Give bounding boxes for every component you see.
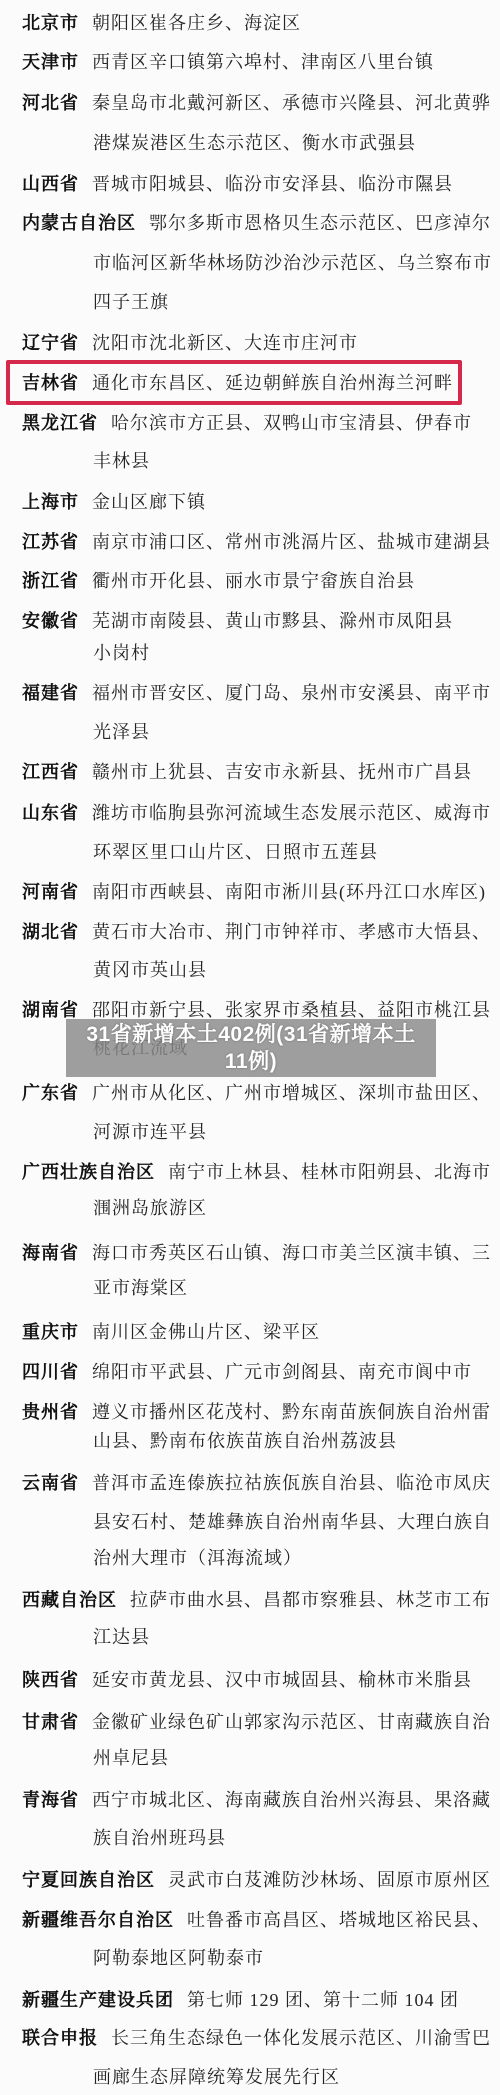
table-row: 广西壮族自治区南宁市上林县、桂林市阳朔县、北海市 (0, 1152, 500, 1192)
region-text: 拉萨市曲水县、昌都市察雅县、林芝市工布 (130, 1590, 491, 1610)
document-page: 北京市朝阳区崔各庄乡、海淀区天津市西青区辛口镇第六埠村、津南区八里台镇河北省秦皇… (0, 0, 500, 2095)
region-text: 秦皇岛市北戴河新区、承德市兴隆县、河北黄骅 (92, 93, 491, 113)
region-text: 治州大理市（洱海流域） (93, 1548, 302, 1568)
table-row-continuation: 治州大理市（洱海流域） (0, 1538, 500, 1578)
table-row-continuation: 市临河区新华林场防沙治沙示范区、乌兰察布市 (0, 243, 500, 283)
region-text: 环翠区里口山片区、日照市五莲县 (93, 842, 378, 862)
table-row-continuation: 涠洲岛旅游区 (0, 1188, 500, 1228)
province-label: 内蒙古自治区 (22, 213, 136, 233)
table-row: 云南省普洱市孟连傣族拉祜族佤族自治县、临沧市凤庆 (0, 1463, 500, 1503)
province-label: 四川省 (22, 1362, 79, 1382)
province-label: 重庆市 (22, 1322, 79, 1342)
table-row-continuation: 族自治州班玛县 (0, 1818, 500, 1858)
region-text: 亚市海棠区 (93, 1278, 188, 1298)
region-text: 长三角生态绿色一体化发展示范区、川渝雪巴 (111, 2028, 491, 2048)
region-text: 族自治州班玛县 (93, 1828, 226, 1848)
region-text: 黄石市大冶市、荆门市钟祥市、孝感市大悟县、 (92, 922, 491, 942)
table-row: 山东省潍坊市临朐县弥河流域生态发展示范区、威海市 (0, 793, 500, 833)
province-label: 江苏省 (22, 532, 79, 552)
region-text: 市临河区新华林场防沙治沙示范区、乌兰察布市 (93, 253, 492, 273)
region-text: 阿勒泰地区阿勒泰市 (93, 1948, 264, 1968)
table-row-continuation: 亚市海棠区 (0, 1268, 500, 1308)
table-row: 天津市西青区辛口镇第六埠村、津南区八里台镇 (0, 42, 500, 82)
table-row-continuation: 州卓尼县 (0, 1738, 500, 1778)
region-text: 衢州市开化县、丽水市景宁畲族自治县 (92, 571, 415, 591)
region-text: 海口市秀英区石山镇、海口市美兰区演丰镇、三 (92, 1243, 491, 1263)
region-text: 沈阳市沈北新区、大连市庄河市 (92, 333, 358, 353)
table-row: 河北省秦皇岛市北戴河新区、承德市兴隆县、河北黄骅 (0, 83, 500, 123)
region-text: 四子王旗 (93, 292, 169, 312)
table-row: 青海省西宁市城北区、海南藏族自治州兴海县、果洛藏 (0, 1780, 500, 1820)
table-row: 黑龙江省哈尔滨市方正县、双鸭山市宝清县、伊春市 (0, 403, 500, 443)
region-text: 县安石村、楚雄彝族自治州南华县、大理白族自 (93, 1512, 492, 1532)
region-text: 小岗村 (93, 643, 150, 663)
province-label: 贵州省 (22, 1402, 79, 1422)
table-row-continuation: 江达县 (0, 1617, 500, 1657)
region-text: 晋城市阳城县、临汾市安泽县、临汾市隰县 (92, 174, 453, 194)
province-label: 上海市 (22, 492, 79, 512)
table-row: 内蒙古自治区鄂尔多斯市恩格贝生态示范区、巴彦淖尔 (0, 203, 500, 243)
region-text: 灵武市白芨滩防沙林场、固原市原州区 (168, 1870, 491, 1890)
highlight-box (6, 360, 462, 405)
region-text: 南阳市西峡县、南阳市淅川县(环丹江口水库区) (92, 882, 486, 902)
table-row: 北京市朝阳区崔各庄乡、海淀区 (0, 3, 500, 43)
province-label: 广东省 (22, 1083, 79, 1103)
table-row: 新疆生产建设兵团第七师 129 团、第十二师 104 团 (0, 1980, 500, 2020)
table-row-continuation: 县安石村、楚雄彝族自治州南华县、大理白族自 (0, 1502, 500, 1542)
table-row-continuation: 阿勒泰地区阿勒泰市 (0, 1938, 500, 1978)
table-row: 陕西省延安市黄龙县、汉中市城固县、榆林市米脂县 (0, 1660, 500, 1700)
region-text: 黄冈市英山县 (93, 960, 207, 980)
province-label: 天津市 (22, 52, 79, 72)
province-label: 黑龙江省 (22, 413, 98, 433)
region-text: 涠洲岛旅游区 (93, 1198, 207, 1218)
province-label: 湖南省 (22, 1000, 79, 1020)
province-label: 海南省 (22, 1243, 79, 1263)
province-label: 江西省 (22, 762, 79, 782)
table-row: 湖北省黄石市大冶市、荆门市钟祥市、孝感市大悟县、 (0, 912, 500, 952)
region-text: 广州市从化区、广州市增城区、深圳市盐田区、 (92, 1083, 491, 1103)
province-label: 青海省 (22, 1790, 79, 1810)
table-row: 新疆维吾尔自治区吐鲁番市高昌区、塔城地区裕民县、 (0, 1900, 500, 1940)
province-label: 广西壮族自治区 (22, 1162, 155, 1182)
table-row: 西藏自治区拉萨市曲水县、昌都市察雅县、林芝市工布 (0, 1580, 500, 1620)
province-label: 安徽省 (22, 611, 79, 631)
table-row-continuation: 画廊生态屏障统筹发展先行区 (0, 2057, 500, 2095)
caption-text-line2: 11例) (225, 1048, 277, 1075)
table-row-continuation: 丰林县 (0, 441, 500, 481)
province-label: 北京市 (22, 13, 79, 33)
province-label: 云南省 (22, 1473, 79, 1493)
region-text: 赣州市上犹县、吉安市永新县、抚州市广昌县 (92, 762, 472, 782)
province-label: 新疆维吾尔自治区 (22, 1910, 174, 1930)
region-text: 邵阳市新宁县、张家界市桑植县、益阳市桃江县 (92, 1000, 491, 1020)
region-text: 金徽矿业绿色矿山郭家沟示范区、甘南藏族自治 (92, 1712, 491, 1732)
region-text: 第七师 129 团、第十二师 104 团 (187, 1990, 459, 2010)
table-row: 联合申报长三角生态绿色一体化发展示范区、川渝雪巴 (0, 2018, 500, 2058)
province-label: 湖北省 (22, 922, 79, 942)
province-label: 山东省 (22, 803, 79, 823)
province-label: 河南省 (22, 882, 79, 902)
caption-text-line1: 31省新增本土402例(31省新增本土 (86, 1021, 415, 1048)
table-row: 宁夏回族自治区灵武市白芨滩防沙林场、固原市原州区 (0, 1860, 500, 1900)
region-text: 南京市浦口区、常州市洮滆片区、盐城市建湖县 (92, 532, 491, 552)
region-text: 画廊生态屏障统筹发展先行区 (93, 2067, 340, 2087)
table-row: 山西省晋城市阳城县、临汾市安泽县、临汾市隰县 (0, 164, 500, 204)
region-text: 福州市晋安区、厦门岛、泉州市安溪县、南平市 (92, 683, 491, 703)
table-row-continuation: 黄冈市英山县 (0, 950, 500, 990)
table-row: 河南省南阳市西峡县、南阳市淅川县(环丹江口水库区) (0, 872, 500, 912)
region-text: 潍坊市临朐县弥河流域生态发展示范区、威海市 (92, 803, 491, 823)
table-row-continuation: 港煤炭港区生态示范区、衡水市武强县 (0, 123, 500, 163)
province-label: 福建省 (22, 683, 79, 703)
province-label: 宁夏回族自治区 (22, 1870, 155, 1890)
table-row: 重庆市南川区金佛山片区、梁平区 (0, 1312, 500, 1352)
table-row: 广东省广州市从化区、广州市增城区、深圳市盐田区、 (0, 1073, 500, 1113)
table-row: 上海市金山区廊下镇 (0, 482, 500, 522)
region-text: 南川区金佛山片区、梁平区 (92, 1322, 320, 1342)
region-text: 朝阳区崔各庄乡、海淀区 (92, 13, 301, 33)
region-text: 吐鲁番市高昌区、塔城地区裕民县、 (187, 1910, 491, 1930)
region-text: 鄂尔多斯市恩格贝生态示范区、巴彦淖尔 (149, 213, 491, 233)
table-row-continuation: 环翠区里口山片区、日照市五莲县 (0, 832, 500, 872)
table-row: 辽宁省沈阳市沈北新区、大连市庄河市 (0, 323, 500, 363)
region-text: 金山区廊下镇 (92, 492, 206, 512)
caption-overlay: 31省新增本土402例(31省新增本土 11例) (66, 1019, 436, 1077)
region-text: 西宁市城北区、海南藏族自治州兴海县、果洛藏 (92, 1790, 491, 1810)
table-row-continuation: 山县、黔南布依族苗族自治州荔波县 (0, 1421, 500, 1461)
province-label: 西藏自治区 (22, 1590, 117, 1610)
table-row: 四川省绵阳市平武县、广元市剑阁县、南充市阆中市 (0, 1352, 500, 1392)
region-text: 绵阳市平武县、广元市剑阁县、南充市阆中市 (92, 1362, 472, 1382)
province-label: 浙江省 (22, 571, 79, 591)
province-label: 新疆生产建设兵团 (22, 1990, 174, 2010)
table-row-continuation: 四子王旗 (0, 282, 500, 322)
table-row: 福建省福州市晋安区、厦门岛、泉州市安溪县、南平市 (0, 673, 500, 713)
province-label: 甘肃省 (22, 1712, 79, 1732)
region-text: 河源市连平县 (93, 1122, 207, 1142)
table-row-continuation: 河源市连平县 (0, 1112, 500, 1152)
region-text: 江达县 (93, 1627, 150, 1647)
region-text: 哈尔滨市方正县、双鸭山市宝清县、伊春市 (111, 413, 472, 433)
region-text: 州卓尼县 (93, 1748, 169, 1768)
region-text: 延安市黄龙县、汉中市城固县、榆林市米脂县 (92, 1670, 472, 1690)
table-row-continuation: 小岗村 (0, 633, 500, 673)
table-row: 海南省海口市秀英区石山镇、海口市美兰区演丰镇、三 (0, 1233, 500, 1273)
table-row: 甘肃省金徽矿业绿色矿山郭家沟示范区、甘南藏族自治 (0, 1702, 500, 1742)
region-text: 西青区辛口镇第六埠村、津南区八里台镇 (92, 52, 434, 72)
province-label: 陕西省 (22, 1670, 79, 1690)
region-text: 遵义市播州区花茂村、黔东南苗族侗族自治州雷 (92, 1402, 491, 1422)
region-text: 普洱市孟连傣族拉祜族佤族自治县、临沧市凤庆 (92, 1473, 491, 1493)
province-label: 河北省 (22, 93, 79, 113)
province-label: 辽宁省 (22, 333, 79, 353)
table-row: 江西省赣州市上犹县、吉安市永新县、抚州市广昌县 (0, 752, 500, 792)
region-text: 光泽县 (93, 722, 150, 742)
province-label: 联合申报 (22, 2028, 98, 2048)
province-label: 山西省 (22, 174, 79, 194)
region-text: 丰林县 (93, 451, 150, 471)
table-row-continuation: 光泽县 (0, 712, 500, 752)
table-row: 浙江省衢州市开化县、丽水市景宁畲族自治县 (0, 561, 500, 601)
region-text: 港煤炭港区生态示范区、衡水市武强县 (93, 133, 416, 153)
table-row: 江苏省南京市浦口区、常州市洮滆片区、盐城市建湖县 (0, 522, 500, 562)
region-text: 南宁市上林县、桂林市阳朔县、北海市 (168, 1162, 491, 1182)
region-text: 芜湖市南陵县、黄山市黟县、滁州市凤阳县 (92, 611, 453, 631)
region-text: 山县、黔南布依族苗族自治州荔波县 (93, 1431, 397, 1451)
